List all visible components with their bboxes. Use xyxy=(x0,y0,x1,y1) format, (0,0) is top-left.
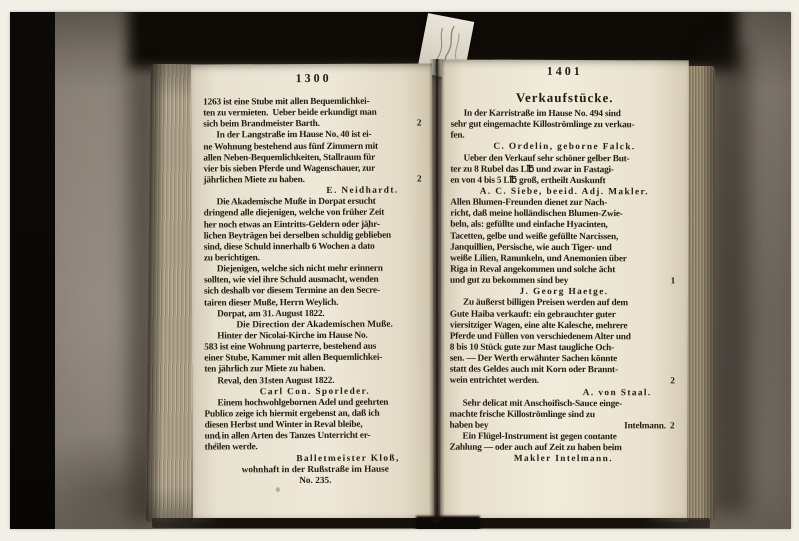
text-line: beln, als: gefüllte und einfache Hyacint… xyxy=(450,220,678,232)
right-page-lines: Verkaufstücke.In der Karristraße im Haus… xyxy=(449,89,678,466)
screenshot-root: { "colors": { "photo_border": "#f2efe7",… xyxy=(0,0,799,541)
open-book: 1300 1263 ist eine Stube mit allen Beque… xyxy=(148,56,715,529)
text-line: theilen werde. xyxy=(205,442,426,454)
text-line: und gut zu bekommen sind bey1 xyxy=(450,276,678,288)
line-end-numeral: 2 xyxy=(417,119,425,130)
paper-specks xyxy=(219,436,221,439)
right-page-number: 1401 xyxy=(451,65,679,79)
text-line: No. 235. xyxy=(205,475,426,487)
text-line: Janquillien, Persische, wie auch Tiger- … xyxy=(450,242,678,254)
text-line: Pferde und Füllen von verschiedenem Alte… xyxy=(450,331,678,343)
line-end-numeral: 1 xyxy=(671,276,678,287)
text-line: A. C. Siebe, beeid. Adj. Makler. xyxy=(450,187,678,199)
left-page-content: 1300 1263 ist eine Stube mit allen Beque… xyxy=(203,64,426,523)
text-line: ter zu 8 Rubel das L℔ und zwar in Fastag… xyxy=(450,164,678,176)
text-line: Die Direction der Akademischen Muße. xyxy=(204,319,425,331)
text-line: en von 4 bis 5 L℔ groß, ertheilt Auskunf… xyxy=(450,175,678,187)
text-line: Zahlung — oder auch auf Zeit zu haben be… xyxy=(449,443,677,455)
text-line: haben beyIntelmann. 2 xyxy=(450,421,678,433)
line-end-numeral: Intelmann. 2 xyxy=(624,421,677,432)
text-line: statt des Geldes auch mit Korn oder Bran… xyxy=(450,365,678,377)
text-line: Allen Blumen-Freunden dienet zur Nach- xyxy=(450,198,678,210)
text-line: A. von Staal. xyxy=(450,387,678,399)
right-page-edge-stack xyxy=(688,66,715,520)
text-line: 8 bis 10 Stück gute zur Mast taugliche O… xyxy=(450,343,678,355)
text-line: Ein Flügel-Instrument ist gegen contante xyxy=(449,432,677,444)
right-page: 1401 Verkaufstücke.In der Karristraße im… xyxy=(440,60,689,523)
text-line: fen. xyxy=(451,131,679,143)
text-line: Zu äußerst billigen Preisen werden auf d… xyxy=(450,298,678,310)
text-line: machte frische Killoströmlinge sind zu xyxy=(450,409,678,421)
text-line: weiße Lilien, Ranunkeln, und Anemonien ü… xyxy=(450,253,678,265)
text-line: sen. — Der Werth erwähnter Sachen könnte xyxy=(450,354,678,366)
left-page-lines: 1263 ist eine Stube mit allen Bequemlich… xyxy=(203,97,426,488)
book-photograph: 1300 1263 ist eine Stube mit allen Beque… xyxy=(10,12,791,529)
text-line: Riga in Reval angekommen und solche ächt xyxy=(450,265,678,277)
right-page-content: 1401 Verkaufstücke.In der Karristraße im… xyxy=(449,60,679,523)
text-line: Makler Intelmann. xyxy=(449,454,677,466)
line-end-numeral: 2 xyxy=(670,377,677,388)
text-line: Gute Haiba verkauft: ein gebrauchter gut… xyxy=(450,309,678,321)
text-line: C. Ordelin, geborne Falck. xyxy=(450,142,678,154)
left-page-number: 1300 xyxy=(203,72,424,86)
text-line: Verkaufstücke. xyxy=(451,89,679,107)
backdrop-black-strip xyxy=(10,12,55,529)
line-end-numeral: 2 xyxy=(417,174,425,185)
spine-shadow-blob xyxy=(416,516,480,529)
book-gutter-shadow xyxy=(429,59,445,523)
text-line: E. Neidhardt. xyxy=(204,186,425,198)
left-page: 1300 1263 ist eine Stube mit allen Beque… xyxy=(191,63,434,522)
text-line: Balletmeister Kloß, xyxy=(205,453,426,465)
text-line: Ueber den Verkauf sehr schöner gelber Bu… xyxy=(450,153,678,165)
text-line: J. Georg Haetge. xyxy=(450,287,678,299)
text-line: Sehr delicat mit Anschoifisch-Sauce eing… xyxy=(450,398,678,410)
text-line: Tacetten, gelbe und weiße gefüllte Narci… xyxy=(450,231,678,243)
left-page-edge-stack xyxy=(146,64,197,522)
text-line: wohnhaft in der Rußstraße im Hause xyxy=(205,464,426,476)
text-line: In der Karristraße im Hause No. 494 sind xyxy=(451,109,679,121)
text-line: richt, daß meine holländischen Blumen-Zw… xyxy=(450,209,678,221)
text-line: sehr gut eingemachte Killoströmlinge zu … xyxy=(451,120,679,132)
text-line: viersitziger Wagen, eine alte Kalesche, … xyxy=(450,320,678,332)
text-line: wein entrichtet werden.2 xyxy=(450,376,678,388)
